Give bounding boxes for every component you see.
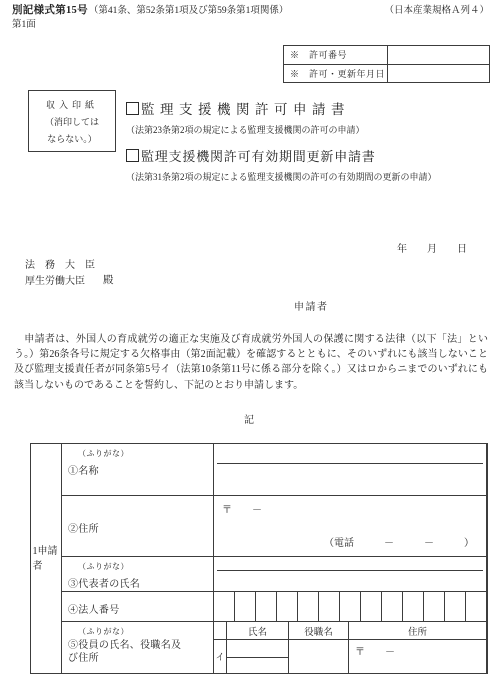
representative-label-cell: （ふりがな） ③代表者の氏名 — [62, 557, 214, 591]
document-header: 別記様式第15号 （第41条、第52条第1項及び第59条第1項関係） （日本産業… — [12, 4, 489, 32]
stamp-box-line1: 収入印紙 — [29, 98, 115, 111]
officer-role-header: 役職名 — [289, 622, 349, 639]
corporate-number-field — [214, 592, 486, 621]
renewal-title-row: 監理支援機関許可有効期間更新申請書 — [126, 146, 496, 164]
furigana-label: （ふりがな） — [78, 448, 209, 459]
officers-label: ⑤役員の氏名、役職名及び住所 — [68, 639, 186, 665]
officers-subtable: 氏名 役職名 住所 イ 〒 － — [214, 622, 486, 673]
corporate-number-digit-box[interactable] — [318, 592, 339, 621]
applicant-info-table: 1申請者 （ふりがな） ①名称 ②住所 〒 － （電話 － － ） — [30, 443, 488, 674]
representative-label: ③代表者の氏名 — [68, 575, 209, 590]
form-references: （第41条、第52条第1項及び第59条第1項関係） — [89, 5, 289, 18]
corporate-number-label-cell: ④法人番号 — [62, 592, 214, 621]
form-number: 別記様式第15号 — [12, 4, 88, 17]
officer-name-field[interactable] — [227, 640, 289, 673]
table-row-officers: （ふりがな） ⑤役員の氏名、役職名及び住所 氏名 役職名 住所 イ — [62, 621, 486, 673]
section-label: 1申請者 — [33, 544, 60, 574]
addressee-block: 法 務 大 臣 厚生労働大臣 殿 — [25, 258, 114, 290]
table-row-address: ②住所 〒 － （電話 － － ） — [62, 495, 486, 556]
address-field[interactable]: 〒 － （電話 － － ） — [214, 496, 486, 556]
name-label-cell: （ふりがな） ①名称 — [62, 444, 214, 495]
corporate-number-digit-box[interactable] — [339, 592, 360, 621]
stamp-box-line2: （消印しては — [29, 115, 115, 128]
furigana-rule-line — [217, 463, 483, 464]
application-title: 監理支援機関許可申請書 — [141, 98, 350, 118]
paper-size-note: （日本産業規格Ａ列４） — [384, 5, 489, 18]
furigana-rule-line — [217, 570, 483, 571]
name-field[interactable] — [214, 444, 486, 495]
permit-number-row: ※ 許可番号 — [284, 46, 489, 64]
permit-renewal-date-label: ※ 許可・更新年月日 — [284, 65, 388, 83]
page-number: 第1面 — [12, 19, 489, 32]
address-label: ②住所 — [68, 520, 99, 535]
application-checkbox-icon[interactable] — [126, 102, 139, 115]
postal-code-prefix: 〒 － — [222, 501, 262, 516]
furigana-rule-line — [227, 657, 288, 658]
form-page: 別記様式第15号 （第41条、第52条第1項及び第59条第1項関係） （日本産業… — [0, 0, 500, 698]
minister-of-health-labour-label: 厚生労働大臣 — [25, 274, 95, 290]
officer-role-field[interactable] — [289, 640, 349, 673]
corporate-number-digit-box[interactable] — [423, 592, 444, 621]
corporate-number-digit-box[interactable] — [381, 592, 402, 621]
minister-of-justice-label: 法 務 大 臣 — [25, 258, 95, 274]
postal-code-prefix: 〒 － — [355, 643, 395, 658]
date-line: 年 月 日 — [397, 240, 467, 255]
table-row-name: （ふりがな） ①名称 — [62, 444, 486, 495]
permit-number-label: ※ 許可番号 — [284, 46, 388, 64]
permit-number-box: ※ 許可番号 ※ 許可・更新年月日 — [283, 45, 490, 83]
corporate-number-digit-box[interactable] — [360, 592, 381, 621]
revenue-stamp-box: 収入印紙 （消印しては ならない。） — [28, 90, 116, 152]
corporate-number-digit-box[interactable] — [255, 592, 276, 621]
permit-renewal-date-field[interactable] — [388, 65, 489, 83]
officer-item-header-cell — [214, 622, 227, 639]
furigana-label: （ふりがな） — [78, 626, 209, 637]
furigana-label: （ふりがな） — [78, 561, 209, 572]
table-row-corporate-number: ④法人番号 — [62, 591, 486, 621]
record-heading: 記 — [0, 411, 500, 426]
phone-prefix: （電話 － － ） — [324, 534, 474, 549]
table-rows: （ふりがな） ①名称 ②住所 〒 － （電話 － － ） （ — [62, 444, 486, 673]
address-label-cell: ②住所 — [62, 496, 214, 556]
officers-subtable-header: 氏名 役職名 住所 — [214, 622, 486, 640]
section-cell-applicant: 1申請者 — [31, 444, 62, 673]
corporate-number-boxes — [214, 592, 486, 621]
permit-date-row: ※ 許可・更新年月日 — [284, 64, 489, 83]
application-title-row: 監理支援機関許可申請書 — [126, 99, 496, 117]
renewal-subtitle: （法第31条第2項の規定による監理支援機関の許可の有効期間の更新の申請） — [126, 170, 496, 183]
applicant-signature-label: 申請者 — [294, 298, 329, 313]
document-header-line: 別記様式第15号 （第41条、第52条第1項及び第59条第1項関係） （日本産業… — [12, 4, 489, 18]
name-label: ①名称 — [68, 462, 209, 477]
officers-label-cell: （ふりがな） ⑤役員の氏名、役職名及び住所 — [62, 622, 214, 673]
officer-address-header: 住所 — [349, 622, 486, 639]
declaration-paragraph: 申請者は、外国人の育成就労の適正な実施及び育成就労外国人の保護に関する法律（以下… — [14, 332, 488, 393]
representative-name-field[interactable] — [214, 557, 486, 591]
officer-item-marker: イ — [214, 640, 227, 673]
corporate-number-digit-box[interactable] — [402, 592, 423, 621]
application-subtitle: （法第23条第2項の規定による監理支援機関の許可の申請） — [126, 123, 496, 136]
corporate-number-digit-box[interactable] — [465, 592, 486, 621]
table-row-representative: （ふりがな） ③代表者の氏名 — [62, 556, 486, 591]
officer-address-field[interactable]: 〒 － — [349, 640, 486, 673]
title-block: 監理支援機関許可申請書 （法第23条第2項の規定による監理支援機関の許可の申請）… — [126, 99, 496, 183]
officers-subtable-row: イ 〒 － — [214, 640, 486, 673]
corporate-number-digit-box[interactable] — [214, 592, 234, 621]
corporate-number-digit-box[interactable] — [297, 592, 318, 621]
corporate-number-digit-box[interactable] — [234, 592, 255, 621]
officers-field: 氏名 役職名 住所 イ 〒 － — [214, 622, 486, 673]
renewal-title: 監理支援機関許可有効期間更新申請書 — [141, 146, 376, 165]
stamp-box-line3: ならない。） — [29, 132, 115, 145]
corporate-number-digit-box[interactable] — [276, 592, 297, 621]
corporate-number-digit-box[interactable] — [444, 592, 465, 621]
permit-number-field[interactable] — [388, 46, 489, 64]
officer-name-header: 氏名 — [227, 622, 289, 639]
honorific-label: 殿 — [103, 272, 114, 287]
minister-names: 法 務 大 臣 厚生労働大臣 — [25, 258, 95, 290]
renewal-checkbox-icon[interactable] — [126, 149, 139, 162]
corporate-number-label: ④法人番号 — [68, 601, 120, 616]
